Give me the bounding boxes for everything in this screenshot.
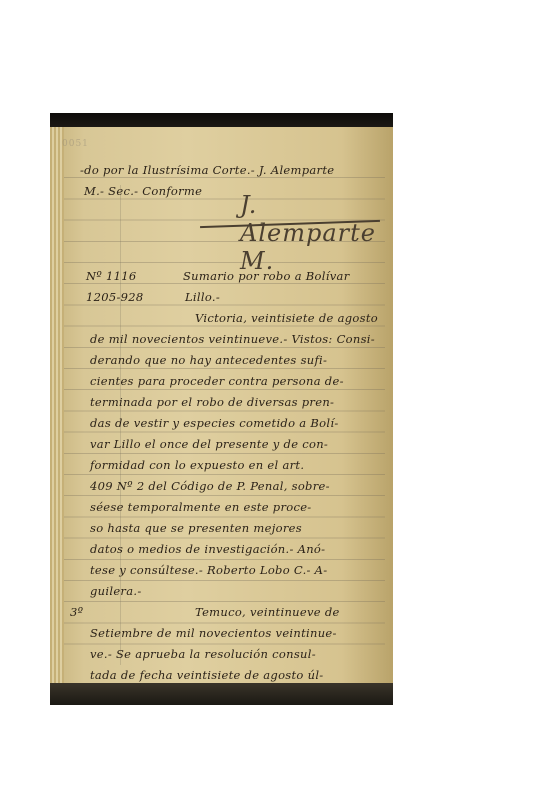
entry-2-line: Temuco, veintinueve de (195, 605, 340, 619)
entry-1-title-1: Sumario por robo a Bolívar (183, 269, 350, 283)
entry-2-line: Setiembre de mil novecientos veintinue- (90, 626, 337, 640)
entry-1-line: terminada por el robo de diversas pren- (90, 395, 334, 409)
entry-1-line: formidad con lo expuesto en el art. (90, 458, 304, 472)
entry-1-line: Victoria, veintisiete de agosto (195, 311, 378, 325)
scan-bottom-shadow (50, 683, 393, 705)
entry-1-line: das de vestir y especies cometido a Bolí… (90, 416, 339, 430)
entry-1-line: cientes para proceder contra persona de- (90, 374, 344, 388)
header-line-1: -do por la Ilustrísima Corte.- J. Alempa… (80, 163, 334, 177)
entry-1-line: derando que no hay antecedentes sufi- (90, 353, 327, 367)
entry-1-line: so hasta que se presenten mejores (90, 521, 302, 535)
header-line-2: M.- Sec.- Conforme (84, 184, 202, 198)
entry-1-number: Nº 1116 (86, 269, 137, 283)
ledger-page: 0051 -do por la Ilustrísima Corte.- J. A… (50, 127, 393, 685)
page-stamp: 0051 (62, 139, 89, 149)
entry-1-line: datos o medios de investigación.- Anó- (90, 542, 325, 556)
entry-1-line: de mil novecientos veintinueve.- Vistos:… (90, 332, 375, 346)
entry-1-reference: 1205-928 (86, 290, 144, 304)
entry-1-line: séese temporalmente en este proce- (90, 500, 312, 514)
entry-1-line: guilera.- (90, 584, 142, 598)
entry-1-title-2: Lillo.- (185, 290, 220, 304)
document-scan: 0051 -do por la Ilustrísima Corte.- J. A… (50, 113, 393, 705)
entry-2-line: tada de fecha veintisiete de agosto úl- (90, 668, 324, 682)
entry-1-line: 409 Nº 2 del Código de P. Penal, sobre- (90, 479, 330, 493)
page-edge-stack (50, 127, 64, 685)
entry-2-number: 3º (70, 605, 83, 619)
entry-1-line: tese y consúltese.- Roberto Lobo C.- A- (90, 563, 327, 577)
entry-2-line: ve.- Se aprueba la resolución consul- (90, 647, 316, 661)
signature: J. Alemparte M. (240, 191, 393, 275)
entry-1-line: var Lillo el once del presente y de con- (90, 437, 328, 451)
